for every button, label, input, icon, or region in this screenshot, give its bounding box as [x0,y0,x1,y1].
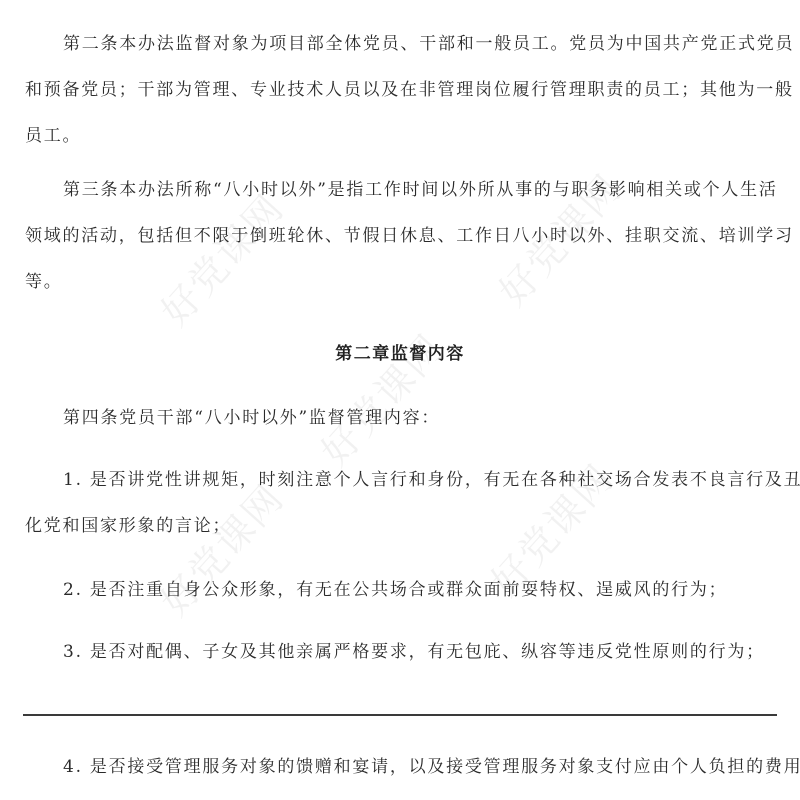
page-separator-line [23,714,777,716]
paragraph-line: 2. 是否注重自身公众形象，有无在公共场合或群众面前耍特权、逞威风的行为； [63,578,777,602]
watermark: 好党课网 [146,180,294,336]
paragraph-line: 1. 是否讲党性讲规矩，时刻注意个人言行和身份，有无在各种社交场合发表不良言行及… [63,468,777,492]
paragraph-line: 第四条党员干部“八小时以外”监督管理内容： [63,406,777,430]
paragraph-line: 第二条本办法监督对象为项目部全体党员、干部和一般员工。党员为中国共产党正式党员 [63,32,777,56]
paragraph-line: 第三条本办法所称“八小时以外”是指工作时间以外所从事的与职务影响相关或个人生活 [63,178,777,202]
paragraph-line: 领域的活动，包括但不限于倒班轮休、节假日休息、工作日八小时以外、挂职交流、培训学… [25,224,777,248]
paragraph-line: 员工。 [25,124,777,148]
paragraph-line: 4. 是否接受管理服务对象的馈赠和宴请，以及接受管理服务对象支付应由个人负担的费… [63,755,777,779]
document-page: 好党课网 好党课网 好党课网 好党课网 好党课网 第二条本办法监督对象为项目部全… [0,0,800,800]
paragraph-line: 等。 [25,270,777,294]
paragraph-line: 化党和国家形象的言论； [25,514,777,538]
chapter-title: 第二章监督内容 [0,342,800,366]
paragraph-line: 3. 是否对配偶、子女及其他亲属严格要求，有无包庇、纵容等违反党性原则的行为； [63,640,777,664]
paragraph-line: 和预备党员；干部为管理、专业技术人员以及在非管理岗位履行管理职责的员工；其他为一… [25,78,777,102]
watermark: 好党课网 [146,470,294,626]
